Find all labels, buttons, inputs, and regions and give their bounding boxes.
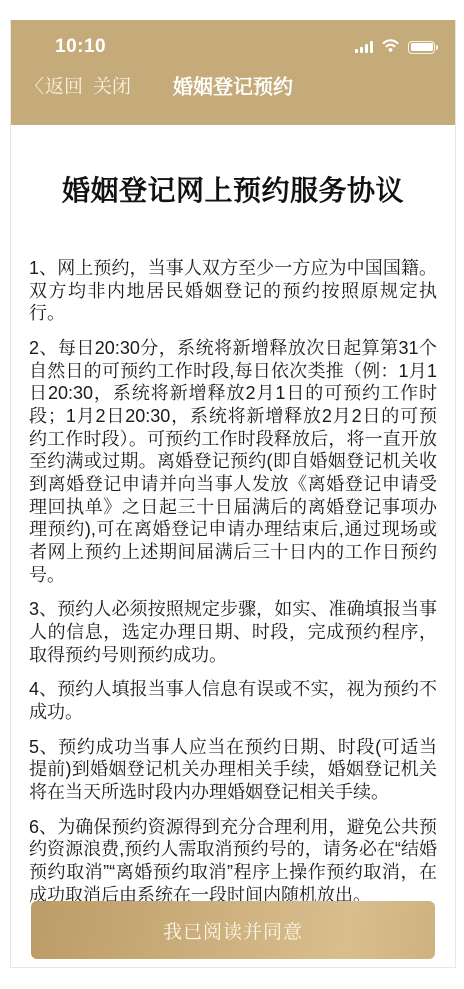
- agreement-paragraph: 1、网上预约，当事人双方至少一方应为中国国籍。双方均非内地居民婚姻登记的预约按照…: [29, 257, 437, 325]
- agreement-paragraph: 4、预约人填报当事人信息有误或不实，视为预约不成功。: [29, 678, 437, 723]
- nav-bar: 〈 返回 关闭 婚姻登记预约: [11, 63, 455, 107]
- agreement-title: 婚姻登记网上预约服务协议: [29, 169, 437, 209]
- agreement-paragraphs: 1、网上预约，当事人双方至少一方应为中国国籍。双方均非内地居民婚姻登记的预约按照…: [29, 257, 437, 906]
- close-button[interactable]: 关闭: [93, 72, 131, 99]
- agreement-paragraph: 5、预约成功当事人应当在预约日期、时段(可适当提前)到婚姻登记机关办理相关手续，…: [29, 736, 437, 804]
- nav-left-group: 〈 返回 关闭: [25, 72, 131, 99]
- back-button-label: 返回: [45, 72, 83, 99]
- battery-icon: [408, 41, 435, 54]
- status-icons: [355, 37, 435, 58]
- cellular-signal-icon: [355, 41, 373, 53]
- app-header: 10:10: [11, 20, 455, 125]
- agreement-content: 婚姻登记网上预约服务协议 1、网上预约，当事人双方至少一方应为中国国籍。双方均非…: [11, 125, 455, 967]
- agree-button[interactable]: 我已阅读并同意: [31, 901, 435, 959]
- screenshot-canvas: 10:10: [0, 0, 464, 989]
- agreement-paragraph: 2、每日20:30分，系统将新增释放次日起算第31个自然日的可预约工作时段,每日…: [29, 337, 437, 586]
- wifi-icon: [380, 37, 401, 58]
- back-button[interactable]: 〈 返回: [25, 72, 83, 99]
- back-chevron-icon: 〈: [25, 72, 44, 99]
- page-title: 婚姻登记预约: [173, 71, 293, 100]
- status-time: 10:10: [55, 36, 106, 58]
- agreement-paragraph: 6、为确保预约资源得到充分合理利用，避免公共预约资源浪费,预约人需取消预约号的，…: [29, 816, 437, 907]
- status-bar: 10:10: [11, 20, 455, 58]
- agreement-paragraph: 3、预约人必须按照规定步骤，如实、准确填报当事人的信息，选定办理日期、时段，完成…: [29, 598, 437, 666]
- app-frame: 10:10: [10, 20, 456, 968]
